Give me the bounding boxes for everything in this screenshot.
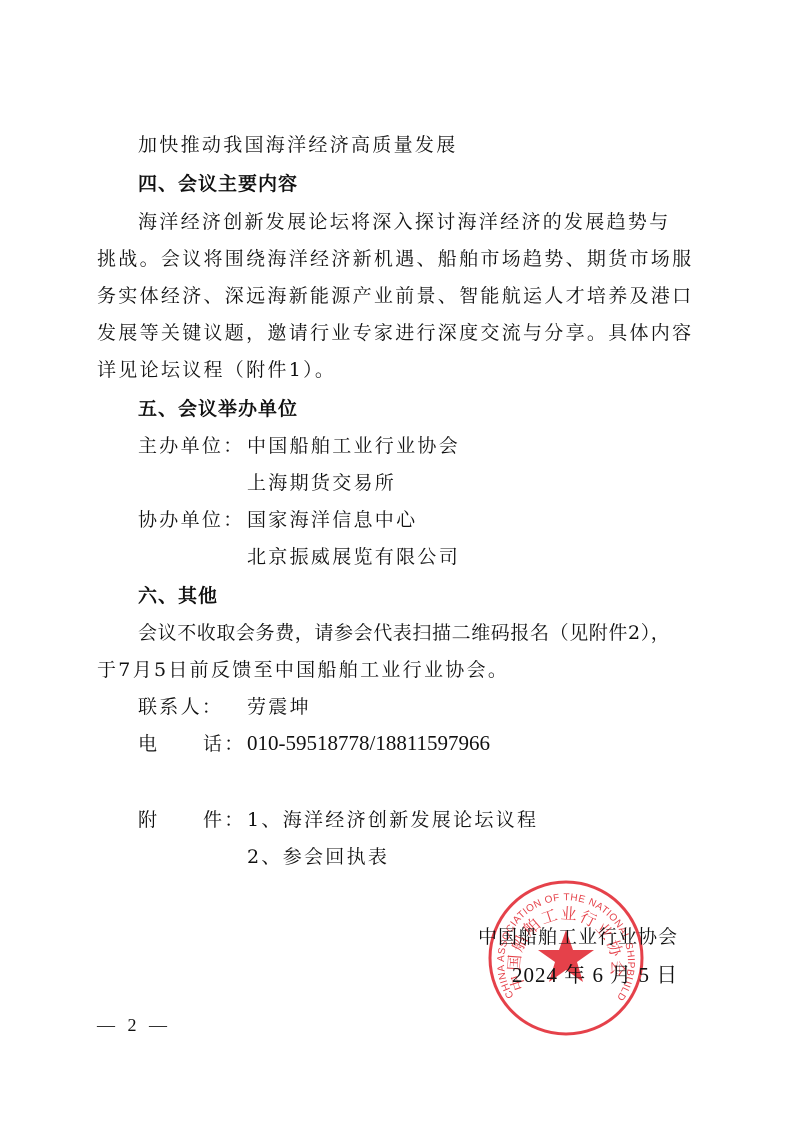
host-org: 上海期货交易所 — [247, 471, 396, 495]
phone-label-1: 电 — [138, 732, 159, 756]
phone-label-2: 话： — [203, 732, 246, 756]
contact-label: 联系人： — [138, 695, 223, 719]
attachment-item: 1、海洋经济创新发展论坛议程 — [247, 808, 538, 832]
signature-date: 2024 年 6 月 5 日 — [512, 959, 678, 989]
contact-name: 劳震坤 — [247, 695, 311, 719]
paragraph-line: 海洋经济创新发展论坛将深入探讨海洋经济的发展趋势与 — [138, 210, 671, 234]
continuation-line: 加快推动我国海洋经济高质量发展 — [138, 133, 458, 157]
paragraph-line: 挑战。会议将围绕海洋经济新机遇、船舶市场趋势、期货市场服 — [97, 247, 693, 271]
section-heading-5: 五、会议举办单位 — [138, 397, 298, 421]
co-host-org: 北京振威展览有限公司 — [247, 545, 460, 569]
section-heading-6: 六、其他 — [138, 584, 218, 608]
page-number: — 2 — — [97, 1015, 171, 1036]
co-host-org: 国家海洋信息中心 — [247, 508, 417, 532]
attachment-label-1: 附 — [138, 808, 159, 832]
attachment-label-2: 件： — [203, 808, 246, 832]
phone-number: 010-59518778/18811597966 — [247, 731, 490, 755]
section-heading-4: 四、会议主要内容 — [138, 172, 298, 196]
attachment-item: 2、参会回执表 — [247, 845, 389, 869]
paragraph-line: 务实体经济、深远海新能源产业前景、智能航运人才培养及港口 — [97, 284, 693, 308]
paragraph-line: 发展等关键议题，邀请行业专家进行深度交流与分享。具体内容 — [97, 321, 693, 345]
paragraph-line: 会议不收取会务费，请参会代表扫描二维码报名（见附件2）， — [138, 621, 670, 645]
paragraph-line: 详见论坛议程（附件1）。 — [97, 358, 336, 382]
signature-org: 中国船舶工业行业协会 — [478, 922, 678, 949]
official-seal-icon: CHINA ASSOCIATION OF THE NATIONAL SHIPBU… — [486, 878, 646, 1038]
co-host-label: 协办单位： — [138, 508, 245, 532]
host-org: 中国船舶工业行业协会 — [247, 434, 460, 458]
paragraph-line: 于7月5日前反馈至中国船舶工业行业协会。 — [97, 658, 509, 682]
host-label: 主办单位： — [138, 434, 245, 458]
